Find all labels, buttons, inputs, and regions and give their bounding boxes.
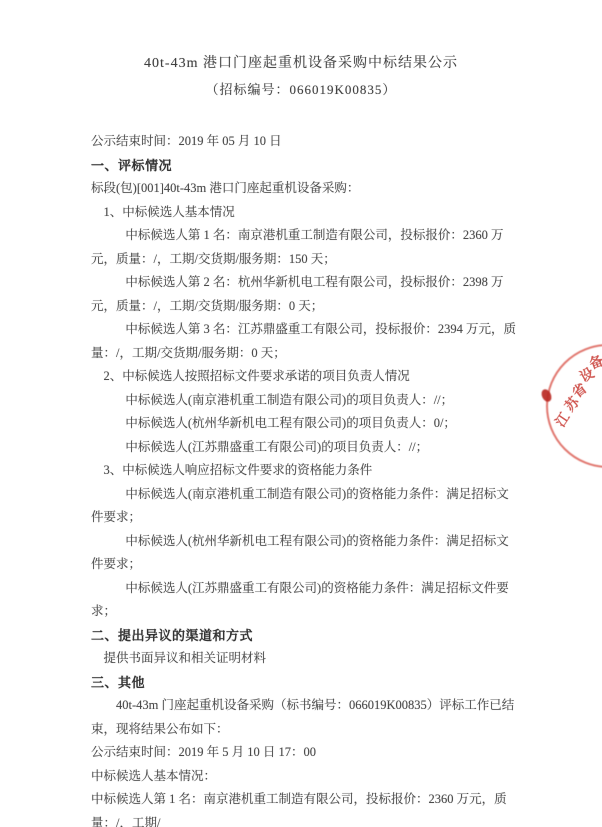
item-1-label: 1、中标候选人基本情况 [91, 201, 518, 225]
document-body: 公示结束时间：2019 年 05 月 10 日 一、评标情况 标段(包)[001… [91, 130, 518, 827]
objection-method-line: 提供书面异议和相关证明材料 [91, 647, 518, 671]
item-2-label: 2、中标候选人按照招标文件要求承诺的项目负责人情况 [91, 365, 518, 389]
qualification-line-1: 中标候选人(南京港机重工制造有限公司)的资格能力条件：满足招标文件要求； [91, 483, 518, 530]
candidate-line-1: 中标候选人第 1 名：南京港机重工制造有限公司，投标报价：2360 万元，质量：… [91, 224, 518, 271]
candidate-line-3: 中标候选人第 3 名：江苏鼎盛重工有限公司，投标报价：2394 万元，质量：/，… [91, 318, 518, 365]
tender-number-line: （招标编号：066019K00835） [0, 79, 602, 101]
project-manager-line-3: 中标候选人(江苏鼎盛重工有限公司)的项目负责人：//； [91, 436, 518, 460]
qualification-line-2: 中标候选人(杭州华新机电工程有限公司)的资格能力条件：满足招标文件要求； [91, 530, 518, 577]
publicity-end-line-2: 公示结束时间：2019 年 5 月 10 日 17：00 [91, 741, 518, 765]
candidate-line-2: 中标候选人第 2 名：杭州华新机电工程有限公司，投标报价：2398 万元，质量：… [91, 271, 518, 318]
item-3-label: 3、中标候选人响应招标文件要求的资格能力条件 [91, 459, 518, 483]
scanned-document-page: 40t-43m 港口门座起重机设备采购中标结果公示 （招标编号：066019K0… [0, 0, 602, 827]
project-manager-line-1: 中标候选人(南京港机重工制造有限公司)的项目负责人：//； [91, 389, 518, 413]
project-manager-line-2: 中标候选人(杭州华新机电工程有限公司)的项目负责人：0/； [91, 412, 518, 436]
section-1-heading: 一、评标情况 [91, 154, 518, 178]
candidate-summary-line: 中标候选人第 1 名：南京港机重工制造有限公司，投标报价：2360 万元，质量：… [91, 788, 518, 827]
qualification-line-3: 中标候选人(江苏鼎盛重工有限公司)的资格能力条件：满足招标文件要求； [91, 577, 518, 624]
publicity-end-line: 公示结束时间：2019 年 05 月 10 日 [91, 130, 518, 154]
candidate-summary-label: 中标候选人基本情况： [91, 765, 518, 789]
document-title: 40t-43m 港口门座起重机设备采购中标结果公示 [0, 53, 602, 75]
other-paragraph: 40t-43m 门座起重机设备采购（标书编号：066019K00835）评标工作… [91, 694, 518, 741]
section-2-heading: 二、提出异议的渠道和方式 [91, 624, 518, 648]
lot-line: 标段(包)[001]40t-43m 港口门座起重机设备采购： [91, 177, 518, 201]
section-3-heading: 三、其他 [91, 671, 518, 695]
